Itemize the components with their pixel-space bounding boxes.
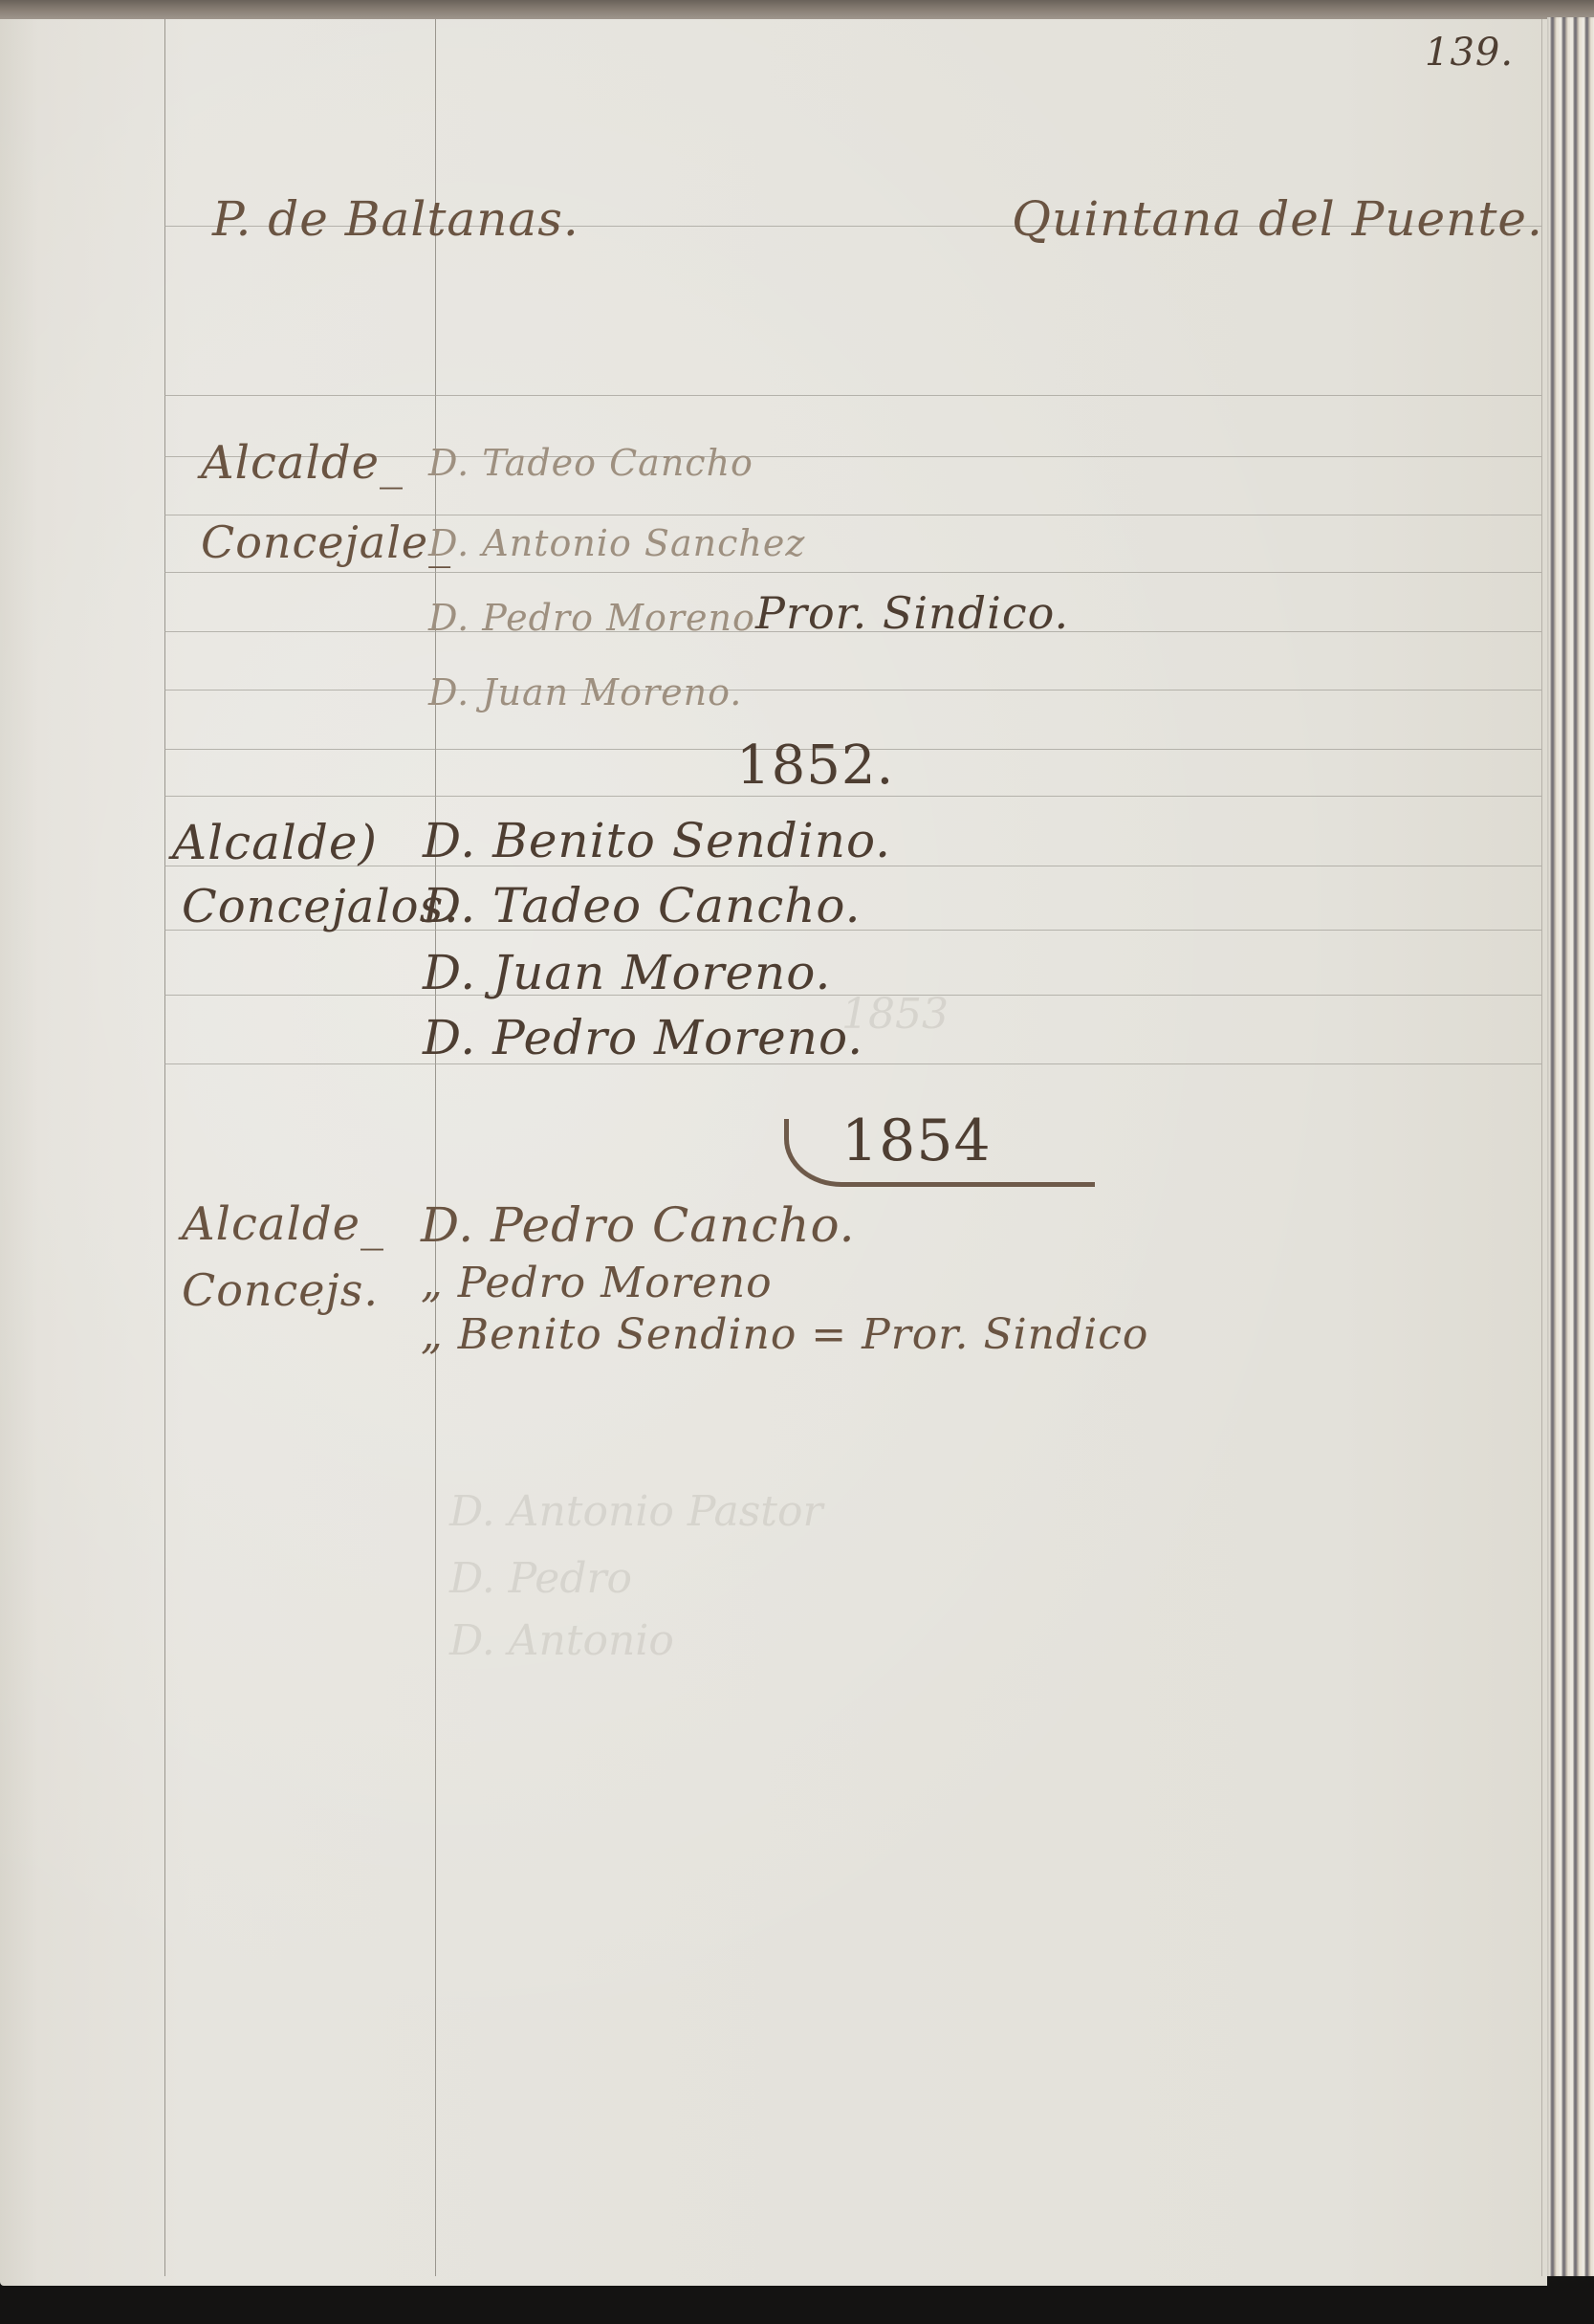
role-note-sindico: Pror. Sindico.: [755, 587, 1069, 639]
margin-rule-left: [164, 19, 165, 2276]
member-name: D. Pedro Moreno.: [423, 1010, 863, 1065]
book-page-edges: [1547, 17, 1594, 2276]
office-label-concejales: Concejale_: [201, 516, 451, 568]
member-name: D. Benito Sendino.: [423, 813, 891, 868]
office-label-concejales: Concejs.: [182, 1264, 379, 1316]
entry-year: 1852.: [736, 734, 894, 797]
page-edge-rule: [1541, 19, 1542, 2276]
member-name: D. Juan Moreno.: [423, 945, 831, 1000]
ruled-line: [164, 690, 1541, 691]
member-name: „ Benito Sendino = Pror. Sindico: [421, 1310, 1148, 1359]
ruled-line: [164, 395, 1541, 396]
member-name: D. Juan Moreno.: [428, 671, 742, 713]
ruled-line: [164, 572, 1541, 573]
member-name: D. Tadeo Cancho.: [423, 878, 862, 933]
register-page: [0, 19, 1547, 2286]
entry-year: 1854: [841, 1107, 992, 1174]
bleed-through-text: D. Antonio: [449, 1616, 674, 1665]
office-label-alcalde: Alcalde_: [201, 436, 404, 490]
ruled-line: [164, 515, 1541, 515]
header-right-place: Quintana del Puente.: [1012, 191, 1543, 247]
bleed-through-text: D. Pedro: [449, 1554, 632, 1603]
office-label-concejales: Concejalos.: [182, 880, 459, 933]
member-name: D. Tadeo Cancho: [428, 442, 753, 484]
member-name: D. Pedro Cancho.: [421, 1197, 856, 1253]
header-left-place: P. de Baltanas.: [212, 191, 579, 247]
office-label-alcalde: Alcalde): [172, 815, 378, 870]
member-name: „ Pedro Moreno: [421, 1259, 773, 1307]
page-number: 139.: [1425, 31, 1514, 75]
bleed-through-text: D. Antonio Pastor: [449, 1487, 823, 1536]
office-label-alcalde: Alcalde_: [182, 1197, 384, 1251]
member-name: D. Antonio Sanchez: [428, 522, 805, 564]
member-name: D. Pedro Moreno: [428, 597, 755, 639]
column-rule: [435, 19, 436, 2276]
